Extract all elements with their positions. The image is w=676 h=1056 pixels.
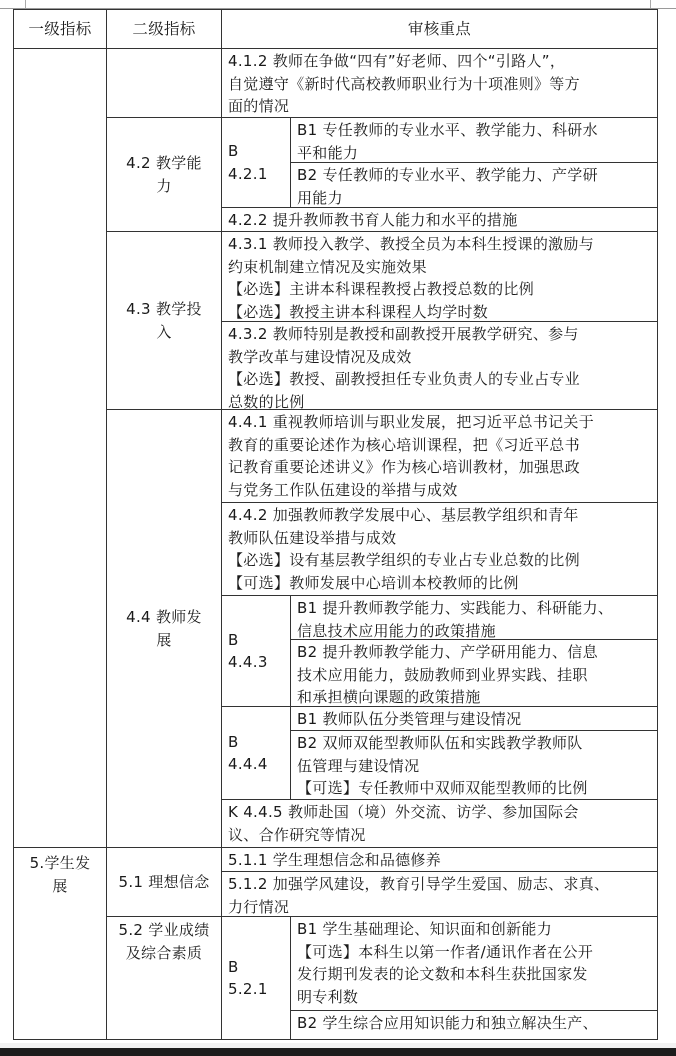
item-4-1-2: 4.1.2 教师在争做“四有”好老师、四个“引路人”， 自觉遵守《新时代高校教师… [221, 48, 658, 118]
page-bottom-edge [0, 1048, 676, 1056]
header-level1: 一级指标 [13, 9, 107, 49]
item-4-4-1: 4.4.1 重视教师培训与职业发展，把习近平总书记关于 教育的重要论述作为核心培… [221, 409, 658, 503]
item-5-1-2-text: 5.1.2 加强学风建设，教育引导学生爱国、励志、求真、 力行情况 [228, 875, 609, 916]
item-4-4-2-text: 4.4.2 加强教师教学发展中心、基层教学组织和青年 教师队伍建设举措与成效 【… [228, 506, 580, 592]
level2-4-2-teaching-ability: 4.2 教学能 力 [106, 117, 222, 232]
b-code-5-2-1: B 5.2.1 [221, 916, 291, 1040]
item-4-2-1-b2: B2 专任教师的专业水平、教学能力、产学研 用能力 [290, 162, 658, 208]
item-5-2-1-b1: B1 学生基础理论、知识面和创新能力 【可选】本科生以第一作者/通讯作者在公开 … [290, 916, 658, 1011]
item-5-2-1-b2-text: B2 学生综合应用知识能力和独立解决生产、 [297, 1014, 598, 1032]
page-edge-mark [25, 0, 26, 8]
level2-5-1-label: 5.1 理想信念 [118, 871, 209, 894]
level2-4-4-teacher-development: 4.4 教师发 展 [106, 409, 222, 848]
item-4-2-2-text: 4.2.2 提升教师教书育人能力和水平的措施 [228, 211, 518, 229]
header-level2-label: 二级指标 [132, 18, 195, 41]
item-5-1-2: 5.1.2 加强学风建设，教育引导学生爱国、励志、求真、 力行情况 [221, 871, 658, 917]
level2-5-2-academic-performance: 5.2 学业成绩 及综合素质 [106, 916, 222, 1040]
item-4-4-3-b1: B1 提升教师教学能力、实践能力、科研能力、 信息技术应用能力的政策措施 [290, 595, 658, 640]
item-4-4-3-b2: B2 提升教师教学能力、产学研用能力、信息 技术应用能力，鼓励教师到业界实践、挂… [290, 639, 658, 707]
item-4-4-4-b1-text: B1 教师队伍分类管理与建设情况 [297, 710, 521, 728]
item-5-2-1-b1-text: B1 学生基础理论、知识面和创新能力 【可选】本科生以第一作者/通讯作者在公开 … [297, 920, 593, 1006]
item-4-2-2: 4.2.2 提升教师教书育人能力和水平的措施 [221, 207, 658, 232]
level2-5-2-label: 5.2 学业成绩 及综合素质 [118, 921, 209, 962]
header-review-focus: 审核重点 [221, 9, 658, 49]
level1-cell-section4-continued [13, 48, 107, 848]
item-4-4-4-b1: B1 教师队伍分类管理与建设情况 [290, 706, 658, 731]
item-5-2-1-b2: B2 学生综合应用知识能力和独立解决生产、 [290, 1010, 658, 1040]
item-5-1-1-text: 5.1.1 学生理想信念和品德修养 [228, 851, 441, 869]
b-code-4-4-4: B 4.4.4 [221, 706, 291, 800]
item-4-3-1-text: 4.3.1 教师投入教学、教授全员为本科生授课的激励与 约束机制建立情况及实施效… [228, 235, 594, 321]
item-4-4-5-text: K 4.4.5 教师赴国（境）外交流、访学、参加国际会 议、合作研究等情况 [228, 803, 579, 844]
level2-4-3-teaching-input: 4.3 教学投 入 [106, 231, 222, 410]
item-4-3-2: 4.3.2 教师特别是教授和副教授开展教学研究、参与 教学改革与建设情况及成效 … [221, 321, 658, 410]
header-review-focus-label: 审核重点 [408, 18, 471, 41]
item-4-3-2-text: 4.3.2 教师特别是教授和副教授开展教学研究、参与 教学改革与建设情况及成效 … [228, 325, 580, 410]
item-4-4-3-b2-text: B2 提升教师教学能力、产学研用能力、信息 技术应用能力，鼓励教师到业界实践、挂… [297, 643, 598, 706]
item-4-2-1-b2-text: B2 专任教师的专业水平、教学能力、产学研 用能力 [297, 166, 598, 207]
item-4-4-3-b1-text: B1 提升教师教学能力、实践能力、科研能力、 信息技术应用能力的政策措施 [297, 599, 613, 640]
page-edge-mark [650, 0, 651, 8]
level1-5-student-development: 5.学生发 展 [13, 847, 107, 1040]
level2-4-3-label: 4.3 教学投 入 [126, 298, 202, 343]
header-level1-label: 一级指标 [28, 18, 91, 41]
level2-4-2-label: 4.2 教学能 力 [126, 152, 202, 197]
b-code-4-4-3-label: B 4.4.3 [228, 629, 268, 674]
b-code-4-2-1-label: B 4.2.1 [228, 140, 268, 185]
item-4-3-1: 4.3.1 教师投入教学、教授全员为本科生授课的激励与 约束机制建立情况及实施效… [221, 231, 658, 322]
item-4-1-2-text: 4.1.2 教师在争做“四有”好老师、四个“引路人”， 自觉遵守《新时代高校教师… [228, 52, 580, 115]
header-level2: 二级指标 [106, 9, 222, 49]
item-4-2-1-b1: B1 专任教师的专业水平、教学能力、科研水 平和能力 [290, 117, 658, 163]
item-4-4-4-b2: B2 双师双能型教师队伍和实践教学教师队 伍管理与建设情况 【可选】专任教师中双… [290, 730, 658, 800]
level2-cell-4-1-continued [106, 48, 222, 118]
item-4-2-1-b1-text: B1 专任教师的专业水平、教学能力、科研水 平和能力 [297, 121, 598, 162]
item-4-4-5: K 4.4.5 教师赴国（境）外交流、访学、参加国际会 议、合作研究等情况 [221, 799, 658, 848]
b-code-5-2-1-label: B 5.2.1 [228, 956, 268, 1001]
level2-4-4-label: 4.4 教师发 展 [126, 606, 202, 651]
item-4-4-4-b2-text: B2 双师双能型教师队伍和实践教学教师队 伍管理与建设情况 【可选】专任教师中双… [297, 734, 588, 797]
b-code-4-4-3: B 4.4.3 [221, 595, 291, 707]
b-code-4-4-4-label: B 4.4.4 [228, 731, 268, 776]
item-5-1-1: 5.1.1 学生理想信念和品德修养 [221, 847, 658, 872]
b-code-4-2-1: B 4.2.1 [221, 117, 291, 208]
item-4-4-1-text: 4.4.1 重视教师培训与职业发展，把习近平总书记关于 教育的重要论述作为核心培… [228, 413, 594, 499]
page-edge-top [0, 0, 676, 9]
level1-5-label: 5.学生发 展 [30, 854, 91, 895]
review-criteria-table: 一级指标 二级指标 审核重点 4.1.2 教师在争做“四有”好老师、四个“引路人… [14, 10, 658, 1041]
item-4-4-2: 4.4.2 加强教师教学发展中心、基层教学组织和青年 教师队伍建设举措与成效 【… [221, 502, 658, 596]
level2-5-1-ideals-beliefs: 5.1 理想信念 [106, 847, 222, 917]
